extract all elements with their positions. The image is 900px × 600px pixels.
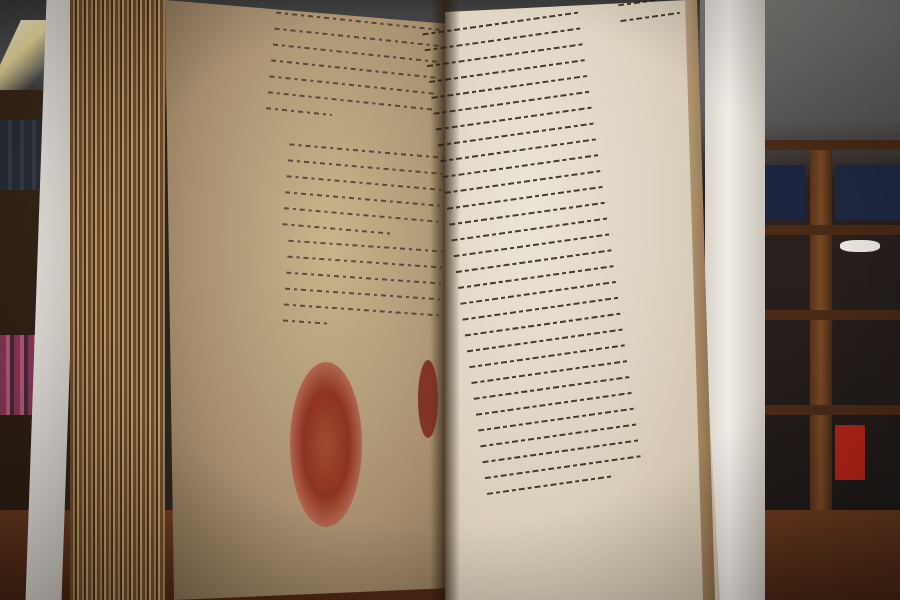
wax-seal-stain bbox=[290, 362, 362, 527]
left-page-text-block-3 bbox=[282, 240, 443, 347]
page-edges bbox=[70, 0, 165, 600]
wax-seal-fragment bbox=[418, 360, 438, 438]
bookshelf-post bbox=[810, 140, 832, 510]
book-row bbox=[835, 165, 900, 220]
left-page-text-block-2 bbox=[281, 143, 444, 252]
left-page-text-block-1 bbox=[265, 12, 441, 141]
photo-scene bbox=[0, 0, 900, 600]
lamp-light bbox=[840, 240, 880, 252]
red-book bbox=[835, 425, 865, 480]
